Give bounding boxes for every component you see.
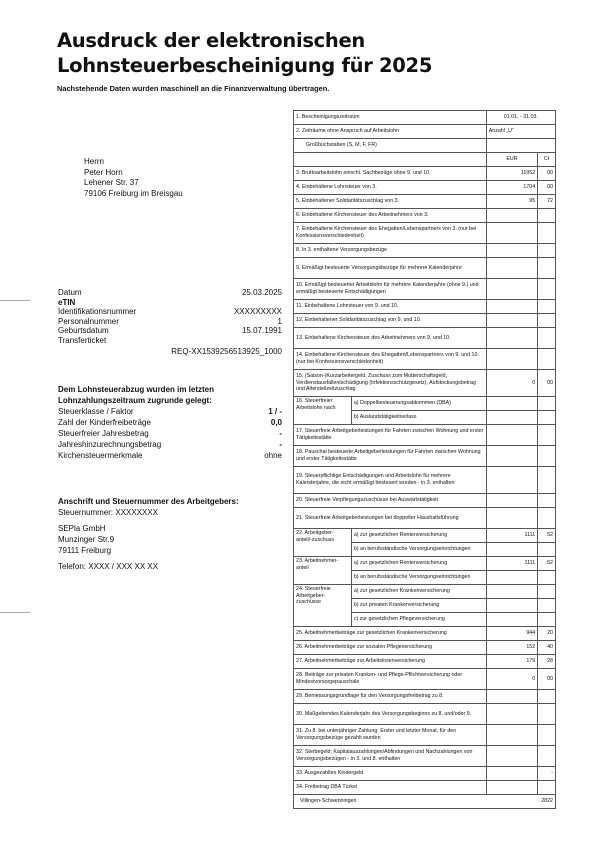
row-label: 1. Bescheinigungszeitraum bbox=[294, 111, 487, 125]
table-row: 21. Steuerfreie Arbeitgeberleistungen be… bbox=[294, 508, 556, 529]
sub-item-label: c) zur gesetzlichen Pflegeversicherung bbox=[351, 613, 486, 627]
eur-value bbox=[486, 725, 537, 746]
ct-value bbox=[538, 467, 556, 494]
row-label: 33. Ausgezahltes Kindergeld bbox=[294, 767, 487, 781]
basis-row: Steuerklasse / Faktor1 / - bbox=[58, 406, 282, 417]
ct-value: 00 bbox=[538, 669, 556, 690]
row-label: 28. Beiträge zur privaten Kranken- und P… bbox=[294, 669, 487, 690]
ct-value bbox=[538, 209, 556, 223]
eur-value bbox=[486, 585, 537, 599]
table-row: 27. Arbeitnehmerbeiträge zur Arbeitslose… bbox=[294, 655, 556, 669]
table-row: 16. Steuerfreier Arbeitslohn nacha) Dopp… bbox=[294, 397, 556, 411]
ct-value: 40 bbox=[538, 641, 556, 655]
sub-item-label: a) zur gesetzlichen Krankenversicherung bbox=[351, 585, 486, 599]
ct-value: 00 bbox=[538, 370, 556, 397]
ct-value bbox=[538, 425, 556, 446]
row-label: 29. Bemessungsgrundlage für den Versorgu… bbox=[294, 690, 487, 704]
eur-value bbox=[486, 209, 537, 223]
eur-value bbox=[486, 258, 537, 279]
table-row: 3. Bruttoarbeitslohn einschl. Sachbezüge… bbox=[294, 167, 556, 181]
ct-value bbox=[538, 690, 556, 704]
employer-phone: Telefon: XXXX / XXX XX XX bbox=[58, 561, 282, 572]
row-label: 23. Arbeitnehmer-anteil bbox=[294, 557, 352, 585]
meta-value: 15.07.1991 bbox=[242, 326, 282, 336]
eur-value: 11952 bbox=[486, 167, 537, 181]
eur-value bbox=[486, 328, 537, 349]
basis-label: Zahl der Kinderfreibeträge bbox=[58, 417, 151, 428]
ct-value bbox=[538, 781, 556, 795]
employer-block: Anschrift und Steuernummer des Arbeitgeb… bbox=[58, 496, 282, 572]
eur-value: 1111 bbox=[486, 529, 537, 543]
table-row: 2. Zeiträume ohne Anspruch auf Arbeitslo… bbox=[294, 125, 556, 139]
basis-label: Jahreshinzurechnungsbetrag bbox=[58, 439, 161, 450]
ct-value bbox=[538, 279, 556, 300]
fold-mark bbox=[0, 612, 30, 613]
ct-value bbox=[538, 746, 556, 767]
meta-label: Datum bbox=[58, 288, 82, 298]
period-value: 01.01. - 31.03. bbox=[486, 111, 555, 125]
eur-value bbox=[486, 467, 537, 494]
ct-value bbox=[538, 397, 556, 411]
basis-label: Steuerfreier Jahresbetrag bbox=[58, 428, 149, 439]
table-row: 10. Ermäßigt besteuerter Arbeitslohn für… bbox=[294, 279, 556, 300]
row-label: 27. Arbeitnehmerbeiträge zur Arbeitslose… bbox=[294, 655, 487, 669]
row-label: 19. Steuerpflichtige Entschädigungen und… bbox=[294, 467, 487, 494]
ct-value bbox=[538, 599, 556, 613]
row-label: 16. Steuerfreier Arbeitslohn nach bbox=[294, 397, 352, 425]
row-label: 6. Einbehaltene Kirchensteuer des Arbeit… bbox=[294, 209, 487, 223]
employer-heading: Anschrift und Steuernummer des Arbeitgeb… bbox=[58, 496, 282, 507]
row-label: 25. Arbeitnehmerbeiträge zur gesetzliche… bbox=[294, 627, 487, 641]
eur-value bbox=[486, 613, 537, 627]
table-row: 28. Beiträge zur privaten Kranken- und P… bbox=[294, 669, 556, 690]
table-row: Großbuchstaben (S, M, F, FR) bbox=[294, 139, 556, 153]
ct-value: 52 bbox=[538, 557, 556, 571]
eur-value bbox=[486, 300, 537, 314]
fold-mark bbox=[0, 300, 30, 301]
footer-row: Villingen-Schwenningen2822 bbox=[294, 795, 556, 809]
eur-value bbox=[486, 446, 537, 467]
table-row: 13. Einbehaltene Kirchensteuer des Arbei… bbox=[294, 328, 556, 349]
ct-value bbox=[538, 300, 556, 314]
row-label: Großbuchstaben (S, M, F, FR) bbox=[294, 139, 487, 153]
table-row: 26. Arbeitnehmerbeiträge zur sozialen Pf… bbox=[294, 641, 556, 655]
eur-value bbox=[486, 397, 537, 411]
sub-item-label: b) an berufsständische Versorgungseinric… bbox=[351, 571, 486, 585]
row-label: 11. Einbehaltene Lohnsteuer von 9. und 1… bbox=[294, 300, 487, 314]
column-header-eur: EUR bbox=[486, 153, 537, 167]
row-label: 34. Freibetrag DBA Türkei bbox=[294, 781, 487, 795]
ct-value bbox=[538, 571, 556, 585]
row-label: 30. Maßgebendes Kalenderjahr des Versorg… bbox=[294, 704, 487, 725]
ct-value bbox=[538, 585, 556, 599]
row-label: 9. Ermäßigt besteuerte Versorgungsbezüge… bbox=[294, 258, 487, 279]
ct-value bbox=[538, 446, 556, 467]
table-row: 23. Arbeitnehmer-anteila) zur gesetzlich… bbox=[294, 557, 556, 571]
empty-cell bbox=[294, 153, 487, 167]
eur-value bbox=[486, 571, 537, 585]
table-row: 29. Bemessungsgrundlage für den Versorgu… bbox=[294, 690, 556, 704]
document-title: Ausdruck der elektronischen Lohnsteuerbe… bbox=[57, 28, 432, 78]
row-label: 15. (Saison-)Kurzarbeitergeld, Zuschuss … bbox=[294, 370, 487, 397]
table-row: 30. Maßgebendes Kalenderjahr des Versorg… bbox=[294, 704, 556, 725]
meta-row-birthdate: Geburtsdatum15.07.1991 bbox=[58, 326, 282, 336]
row-label: 10. Ermäßigt besteuerter Arbeitslohn für… bbox=[294, 279, 487, 300]
table-row: 22. Arbeitgeber-anteil/-zuschussa) zur g… bbox=[294, 529, 556, 543]
ct-value bbox=[538, 494, 556, 508]
recipient-salutation: Herrn bbox=[84, 157, 183, 168]
meta-block: Datum25.03.2025 eTIN Identifikationsnumm… bbox=[58, 288, 282, 356]
employer-city: 79111 Freiburg bbox=[58, 545, 282, 556]
meta-label: eTIN bbox=[58, 298, 75, 308]
table-row: 14. Einbehaltene Kirchensteuer des Ehega… bbox=[294, 349, 556, 370]
table-row: 1. Bescheinigungszeitraum01.01. - 31.03. bbox=[294, 111, 556, 125]
meta-value: 1 bbox=[278, 317, 282, 327]
employer-name: SEPla GmbH bbox=[58, 523, 282, 534]
recipient-city: 79106 Freiburg im Breisgau bbox=[84, 189, 183, 200]
row-label: 4. Einbehaltene Lohnsteuer von 3. bbox=[294, 181, 487, 195]
eur-value bbox=[486, 543, 537, 557]
row-label: 20. Steuerfreie Verpflegungszuschüsse be… bbox=[294, 494, 487, 508]
ct-value bbox=[538, 328, 556, 349]
sub-item-label: b) an berufsständische Versorgungseinric… bbox=[351, 543, 486, 557]
transfer-ticket: REQ-XX1539256513925_1000 bbox=[58, 347, 282, 357]
row-label: 26. Arbeitnehmerbeiträge zur sozialen Pf… bbox=[294, 641, 487, 655]
meta-row-id: IdentifikationsnummerXXXXXXXXX bbox=[58, 307, 282, 317]
basis-value: ohne bbox=[264, 450, 282, 461]
row-label: 14. Einbehaltene Kirchensteuer des Ehega… bbox=[294, 349, 487, 370]
eur-value bbox=[486, 746, 537, 767]
recipient-street: Lehener Str. 37 bbox=[84, 178, 183, 189]
table-row: 18. Pauschal besteuerte Arbeitgeberleist… bbox=[294, 446, 556, 467]
eur-value bbox=[486, 767, 537, 781]
basis-block: Dem Lohnsteuerabzug wurden im letzten Lo… bbox=[58, 384, 282, 461]
basis-label: Kirchensteuermerkmale bbox=[58, 450, 142, 461]
row-label: 3. Bruttoarbeitslohn einschl. Sachbezüge… bbox=[294, 167, 487, 181]
table-row: 19. Steuerpflichtige Entschädigungen und… bbox=[294, 467, 556, 494]
ct-value bbox=[538, 411, 556, 425]
table-row: 6. Einbehaltene Kirchensteuer des Arbeit… bbox=[294, 209, 556, 223]
table-row: 25. Arbeitnehmerbeiträge zur gesetzliche… bbox=[294, 627, 556, 641]
eur-value: 1704 bbox=[486, 181, 537, 195]
ct-value: 20 bbox=[538, 627, 556, 641]
row-label: 24. Steuerfreie Arbeitgeber-zuschüsse bbox=[294, 585, 352, 627]
row-label: 21. Steuerfreie Arbeitgeberleistungen be… bbox=[294, 508, 487, 529]
row-label: 7. Einbehaltene Kirchensteuer des Ehegat… bbox=[294, 223, 487, 244]
meta-label: Personalnummer bbox=[58, 317, 119, 327]
eur-value bbox=[486, 508, 537, 529]
sub-item-label: a) zur gesetzlichen Rentenversicherung bbox=[351, 557, 486, 571]
title-line-2: Lohnsteuerbescheinigung für 2025 bbox=[57, 53, 432, 78]
basis-value: 0,0 bbox=[271, 417, 282, 428]
meta-value: XXXXXXXXX bbox=[234, 307, 282, 317]
sub-item-label: a) Doppelbesteuerungsabkommen (DBA) bbox=[351, 397, 486, 411]
ct-value: 52 bbox=[538, 529, 556, 543]
table-row: 20. Steuerfreie Verpflegungszuschüsse be… bbox=[294, 494, 556, 508]
eur-value bbox=[486, 244, 537, 258]
document-subtitle: Nachstehende Daten wurden maschinell an … bbox=[57, 84, 329, 93]
table-row: 7. Einbehaltene Kirchensteuer des Ehegat… bbox=[294, 223, 556, 244]
eur-value: 1111 bbox=[486, 557, 537, 571]
table-row: 32. Sterbegeld; Kapitalauszahlungen/Abfi… bbox=[294, 746, 556, 767]
ct-value bbox=[538, 508, 556, 529]
basis-heading-2: Lohnzahlungszeitraum zugrunde gelegt: bbox=[58, 395, 282, 406]
sub-item-label: b) zur privaten Krankenversicherung bbox=[351, 599, 486, 613]
eur-value: 179 bbox=[486, 655, 537, 669]
row-label: 18. Pauschal besteuerte Arbeitgeberleist… bbox=[294, 446, 487, 467]
eur-value bbox=[486, 781, 537, 795]
recipient-name: Peter Horn bbox=[84, 168, 183, 179]
eur-value bbox=[486, 349, 537, 370]
row-label: 22. Arbeitgeber-anteil/-zuschuss bbox=[294, 529, 352, 557]
eur-value bbox=[486, 411, 537, 425]
basis-label: Steuerklasse / Faktor bbox=[58, 406, 134, 417]
table-row: 9. Ermäßigt besteuerte Versorgungsbezüge… bbox=[294, 258, 556, 279]
ct-value bbox=[538, 613, 556, 627]
table-row: 34. Freibetrag DBA Türkei bbox=[294, 781, 556, 795]
ct-value: 72 bbox=[538, 195, 556, 209]
eur-value: 0 bbox=[486, 370, 537, 397]
sub-item-label: b) Auslandstätigkeitserlass bbox=[351, 411, 486, 425]
ct-value bbox=[538, 314, 556, 328]
table-row: 15. (Saison-)Kurzarbeitergeld, Zuschuss … bbox=[294, 370, 556, 397]
ct-value bbox=[538, 349, 556, 370]
basis-value: - bbox=[279, 439, 282, 450]
basis-value: - bbox=[279, 428, 282, 439]
basis-heading-1: Dem Lohnsteuerabzug wurden im letzten bbox=[58, 384, 282, 395]
table-row: 12. Einbehaltener Solidaritätszuschlag v… bbox=[294, 314, 556, 328]
meta-row-date: Datum25.03.2025 bbox=[58, 288, 282, 298]
basis-row: Zahl der Kinderfreibeträge0,0 bbox=[58, 417, 282, 428]
ct-value bbox=[538, 258, 556, 279]
basis-value: 1 / - bbox=[268, 406, 282, 417]
table-row: 24. Steuerfreie Arbeitgeber-zuschüssea) … bbox=[294, 585, 556, 599]
employer-street: Munzinger Str.9 bbox=[58, 534, 282, 545]
eur-value: 944 bbox=[486, 627, 537, 641]
row-label: 32. Sterbegeld; Kapitalauszahlungen/Abfi… bbox=[294, 746, 487, 767]
row-label: 17. Steuerfreie Arbeitgeberleistungen fü… bbox=[294, 425, 487, 446]
column-header-row: EURCt bbox=[294, 153, 556, 167]
ct-value bbox=[538, 223, 556, 244]
meta-label: Identifikationsnummer bbox=[58, 307, 136, 317]
row-label: 8. In 3. enthaltene Versorgungsbezüge bbox=[294, 244, 487, 258]
table-row: 31. Zu 8. bei unterjähriger Zahlung: Ers… bbox=[294, 725, 556, 746]
tax-certificate-table: 1. Bescheinigungszeitraum01.01. - 31.03.… bbox=[293, 110, 556, 809]
basis-row: Steuerfreier Jahresbetrag- bbox=[58, 428, 282, 439]
meta-row-transfer: Transferticket bbox=[58, 336, 282, 346]
employer-tax-number: Steuernummer: XXXXXXXX bbox=[58, 507, 282, 518]
eur-value bbox=[486, 494, 537, 508]
recipient-address: Herrn Peter Horn Lehener Str. 37 79106 F… bbox=[84, 157, 183, 199]
sub-item-label: a) zur gesetzlichen Rentenversicherung bbox=[351, 529, 486, 543]
eur-value bbox=[486, 314, 537, 328]
eur-value: 0 bbox=[486, 669, 537, 690]
tax-office-code: 2822 bbox=[538, 795, 556, 809]
ct-value: 00 bbox=[538, 181, 556, 195]
meta-row-etin: eTIN bbox=[58, 298, 282, 308]
meta-row-personnel: Personalnummer1 bbox=[58, 317, 282, 327]
row-label: 31. Zu 8. bei unterjähriger Zahlung: Ers… bbox=[294, 725, 487, 746]
eur-value bbox=[486, 599, 537, 613]
meta-label: Geburtsdatum bbox=[58, 326, 109, 336]
count-value: Anzahl „U“ bbox=[486, 125, 555, 139]
eur-value bbox=[486, 425, 537, 446]
eur-value bbox=[486, 279, 537, 300]
row-label: 5. Einbehaltener Solidaritätszuschlag vo… bbox=[294, 195, 487, 209]
meta-label: Transferticket bbox=[58, 336, 106, 346]
ct-value: 00 bbox=[538, 167, 556, 181]
ct-value bbox=[538, 543, 556, 557]
eur-value bbox=[486, 704, 537, 725]
ct-value bbox=[538, 704, 556, 725]
column-header-ct: Ct bbox=[538, 153, 556, 167]
table-row: 11. Einbehaltene Lohnsteuer von 9. und 1… bbox=[294, 300, 556, 314]
ct-value: 28 bbox=[538, 655, 556, 669]
eur-value bbox=[486, 223, 537, 244]
table-row: 5. Einbehaltener Solidaritätszuschlag vo… bbox=[294, 195, 556, 209]
eur-value: 152 bbox=[486, 641, 537, 655]
table-row: 8. In 3. enthaltene Versorgungsbezüge bbox=[294, 244, 556, 258]
table-row: 17. Steuerfreie Arbeitgeberleistungen fü… bbox=[294, 425, 556, 446]
title-line-1: Ausdruck der elektronischen bbox=[57, 28, 432, 53]
meta-value: 25.03.2025 bbox=[242, 288, 282, 298]
basis-row: Jahreshinzurechnungsbetrag- bbox=[58, 439, 282, 450]
row-label: 12. Einbehaltener Solidaritätszuschlag v… bbox=[294, 314, 487, 328]
row-label: 2. Zeiträume ohne Anspruch auf Arbeitslo… bbox=[294, 125, 487, 139]
table-row: 4. Einbehaltene Lohnsteuer von 3.170400 bbox=[294, 181, 556, 195]
table-row: 33. Ausgezahltes Kindergeld- bbox=[294, 767, 556, 781]
ct-value bbox=[538, 725, 556, 746]
ct-value: - bbox=[538, 767, 556, 781]
row-label: 13. Einbehaltene Kirchensteuer des Arbei… bbox=[294, 328, 487, 349]
letters-value bbox=[486, 139, 555, 153]
basis-row: Kirchensteuermerkmaleohne bbox=[58, 450, 282, 461]
tax-office: Villingen-Schwenningen bbox=[294, 795, 538, 809]
ct-value bbox=[538, 244, 556, 258]
eur-value: 95 bbox=[486, 195, 537, 209]
eur-value bbox=[486, 690, 537, 704]
